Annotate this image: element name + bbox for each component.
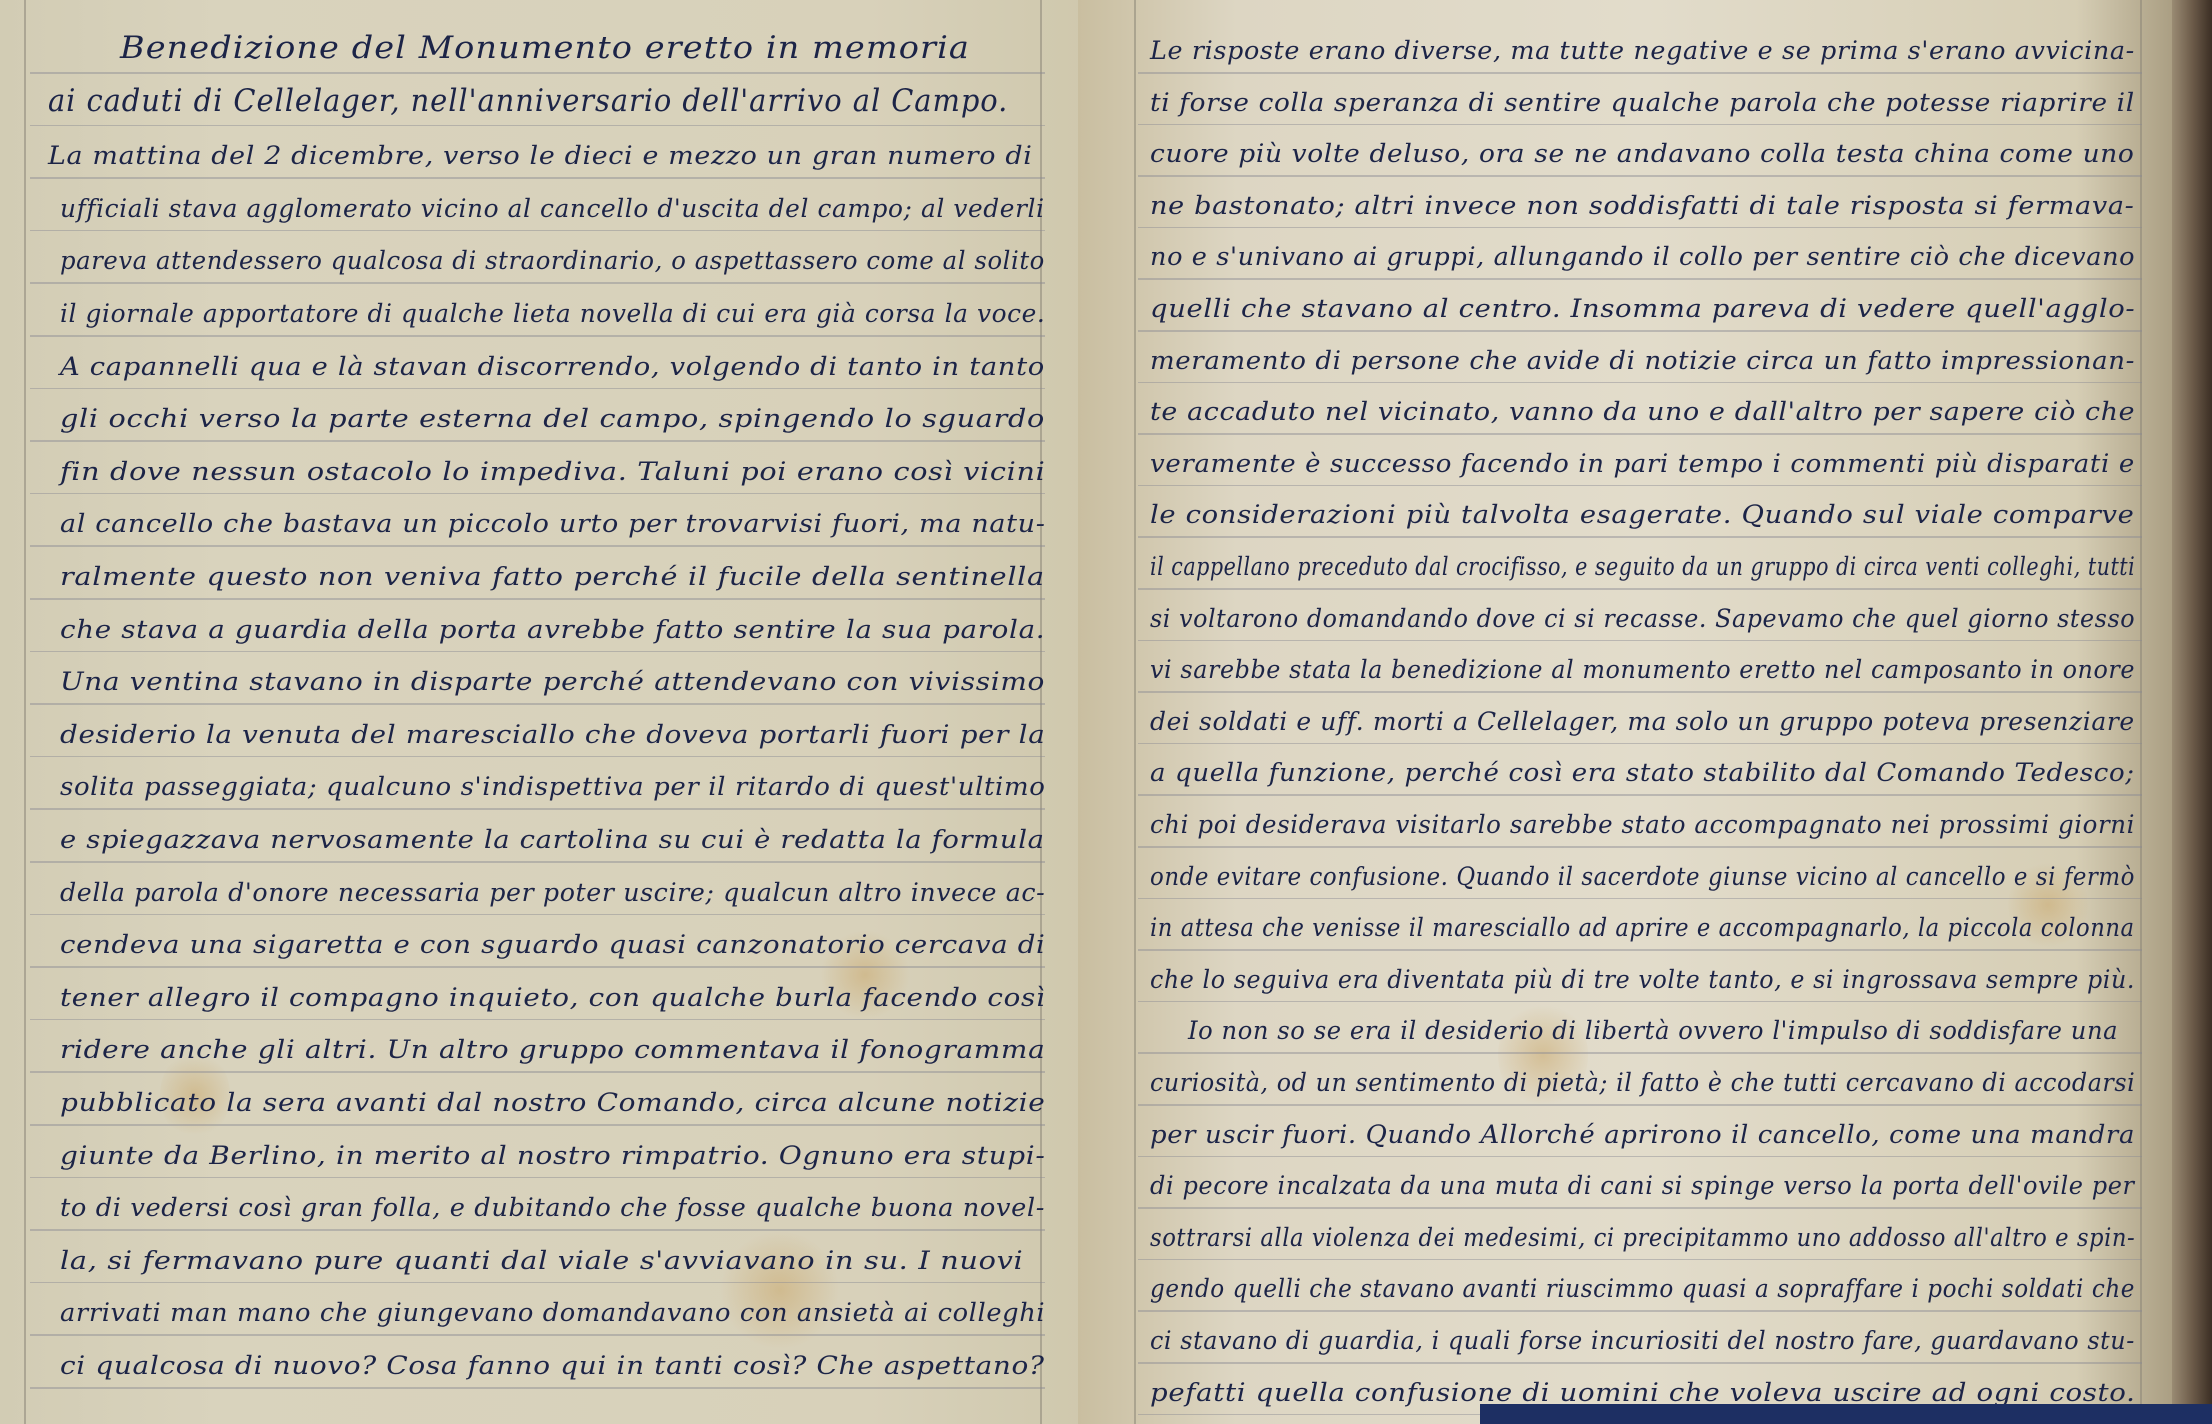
ruled-line	[30, 1124, 1045, 1126]
ruled-line	[30, 125, 1045, 127]
handwritten-line: al cancello che bastava un piccolo urto …	[60, 509, 1046, 538]
ruled-line	[1138, 433, 2142, 435]
ruled-line	[30, 440, 1045, 442]
ruled-line	[1138, 1207, 2142, 1209]
handwritten-line: per uscir fuori. Quando Allorché apriron…	[1150, 1120, 2135, 1149]
handwritten-line: tener allegro il compagno inquieto, con …	[60, 983, 1045, 1012]
handwritten-line: ci stavano di guardia, i quali forse inc…	[1150, 1326, 2135, 1355]
ruled-line	[1138, 691, 2142, 693]
handwritten-line: cendeva una sigaretta e con sguardo quas…	[60, 930, 1046, 959]
handwritten-line: ralmente questo non veniva fatto perché …	[60, 562, 1045, 591]
ruled-line	[1138, 227, 2142, 229]
ruled-line	[30, 756, 1045, 758]
ruled-line	[30, 1071, 1045, 1073]
ruled-line	[30, 1229, 1045, 1231]
ruled-line	[30, 966, 1045, 968]
handwritten-line: e spiegazzava nervosamente la cartolina …	[60, 825, 1045, 854]
ruled-line	[1138, 1001, 2142, 1003]
ruled-line	[1138, 485, 2142, 487]
right-notebook-page: Le risposte erano diverse, ma tutte nega…	[1078, 0, 2212, 1424]
left-notebook-page: Benedizione del Monumento eretto in memo…	[0, 0, 1085, 1424]
handwritten-line: che stava a guardia della porta avrebbe …	[60, 615, 1045, 644]
handwritten-line: A capannelli qua e là stavan discorrendo…	[60, 352, 1045, 381]
handwritten-line: della parola d'onore necessaria per pote…	[60, 878, 1045, 907]
handwritten-line: le considerazioni più talvolta esagerate…	[1150, 500, 2135, 529]
handwritten-line: ti forse colla speranza di sentire qualc…	[1150, 88, 2135, 117]
ruled-line	[1138, 124, 2142, 126]
handwritten-line: chi poi desiderava visitarlo sarebbe sta…	[1150, 810, 2135, 839]
ruled-line	[30, 808, 1045, 810]
ruled-line	[1138, 949, 2142, 951]
handwritten-line: veramente è successo facendo in pari tem…	[1150, 449, 2135, 478]
ruled-line	[30, 651, 1045, 653]
ruled-line	[30, 72, 1045, 74]
ruled-line	[30, 335, 1045, 337]
ruled-line	[30, 493, 1045, 495]
handwritten-line: meramento di persone che avide di notizi…	[1150, 346, 2135, 375]
ruled-line	[30, 598, 1045, 600]
handwritten-line: fin dove nessun ostacolo lo impediva. Ta…	[60, 457, 1045, 486]
ruled-line	[1138, 536, 2142, 538]
ruled-line	[1138, 794, 2142, 796]
handwritten-line: pefatti quella confusione di uomini che …	[1150, 1378, 2135, 1407]
handwritten-line: cuore più volte deluso, ora se ne andava…	[1150, 139, 2134, 168]
handwritten-line: a quella funzione, perché così era stato…	[1150, 758, 2135, 787]
ruled-line	[1138, 846, 2142, 848]
handwritten-line: Una ventina stavano in disparte perché a…	[60, 667, 1045, 696]
ruled-line	[30, 282, 1045, 284]
ruled-line	[1138, 1156, 2142, 1158]
ruled-line	[1138, 382, 2142, 384]
handwritten-line: sottrarsi alla violenza dei medesimi, ci…	[1150, 1223, 2135, 1252]
document-title-line: Benedizione del Monumento eretto in memo…	[120, 30, 970, 66]
left-page-lines: Benedizione del Monumento eretto in memo…	[0, 0, 1085, 1424]
handwritten-line: ufficiali stava agglomerato vicino al ca…	[60, 194, 1045, 223]
ruled-line	[1138, 588, 2142, 590]
handwritten-line: onde evitare confusione. Quando il sacer…	[1150, 862, 2135, 891]
handwritten-line: pareva attendessero qualcosa di straordi…	[60, 246, 1045, 275]
handwritten-line: te accaduto nel vicinato, vanno da uno e…	[1150, 397, 2135, 426]
ruled-line	[1138, 898, 2142, 900]
handwritten-line: quelli che stavano al centro. Insomma pa…	[1150, 294, 2135, 323]
ruled-line	[1138, 278, 2142, 280]
handwritten-line: desiderio la venuta del maresciallo che …	[60, 720, 1045, 749]
handwritten-line: La mattina del 2 dicembre, verso le diec…	[48, 141, 1032, 170]
ruled-line	[30, 177, 1045, 179]
handwritten-line: ne bastonato; altri invece non soddisfat…	[1150, 191, 2134, 220]
handwritten-line: il giornale apportatore di qualche lieta…	[60, 299, 1045, 328]
ruled-line	[30, 1177, 1045, 1179]
ruled-line	[30, 703, 1045, 705]
handwritten-line: ci qualcosa di nuovo? Cosa fanno qui in …	[60, 1351, 1045, 1380]
ruled-line	[30, 1387, 1045, 1389]
handwritten-line: dei soldati e uff. morti a Cellelager, m…	[1150, 707, 2135, 736]
handwritten-line: no e s'univano ai gruppi, allungando il …	[1150, 242, 2135, 271]
ruled-line	[1138, 175, 2142, 177]
handwritten-line: to di vedersi così gran folla, e dubitan…	[60, 1193, 1045, 1222]
handwritten-line: vi sarebbe stata la benedizione al monum…	[1150, 655, 2135, 684]
ruled-line	[1138, 1362, 2142, 1364]
handwritten-line: Le risposte erano diverse, ma tutte nega…	[1150, 36, 2135, 65]
ruled-line	[30, 545, 1045, 547]
ruled-line	[30, 1019, 1045, 1021]
ruled-line	[30, 230, 1045, 232]
handwritten-line: curiosità, od un sentimento di pietà; il…	[1150, 1068, 2135, 1097]
handwritten-line: giunte da Berlino, in merito al nostro r…	[60, 1141, 1045, 1170]
ruled-line	[1138, 1310, 2142, 1312]
ruled-line	[30, 388, 1045, 390]
handwritten-line: che lo seguiva era diventata più di tre …	[1150, 965, 2135, 994]
handwritten-line: di pecore incalzata da una muta di cani …	[1150, 1171, 2135, 1200]
ruled-line	[1138, 1052, 2142, 1054]
handwritten-line: pubblicato la sera avanti dal nostro Com…	[60, 1088, 1045, 1117]
document-title-line: ai caduti di Cellelager, nell'anniversar…	[48, 83, 1008, 119]
right-page-lines: Le risposte erano diverse, ma tutte nega…	[1078, 0, 2212, 1424]
ruled-line	[1138, 743, 2142, 745]
handwritten-line: gli occhi verso la parte esterna del cam…	[60, 404, 1045, 433]
handwritten-line: il cappellano preceduto dal crocifisso, …	[1150, 552, 2135, 581]
handwritten-line: in attesa che venisse il maresciallo ad …	[1150, 913, 2135, 942]
ruled-line	[30, 1334, 1045, 1336]
ruled-line	[1138, 330, 2142, 332]
ruled-line	[30, 1282, 1045, 1284]
ruled-line	[1138, 1259, 2142, 1261]
handwritten-line: si voltarono domandando dove ci si recas…	[1150, 604, 2135, 633]
ruled-line	[1138, 640, 2142, 642]
handwritten-line: arrivati man mano che giungevano domanda…	[60, 1298, 1045, 1327]
ruled-line	[1138, 1104, 2142, 1106]
background-fabric	[1480, 1404, 2212, 1424]
handwritten-line: ridere anche gli altri. Un altro gruppo …	[60, 1035, 1045, 1064]
ruled-line	[30, 914, 1045, 916]
page-edge	[2172, 0, 2212, 1424]
handwritten-line: la, si fermavano pure quanti dal viale s…	[60, 1246, 1023, 1275]
handwritten-line: Io non so se era il desiderio di libertà…	[1188, 1016, 2118, 1045]
handwritten-line: gendo quelli che stavano avanti riuscimm…	[1150, 1274, 2135, 1303]
handwritten-line: solita passeggiata; qualcuno s'indispett…	[60, 772, 1045, 801]
ruled-line	[1138, 72, 2142, 74]
ruled-line	[30, 861, 1045, 863]
